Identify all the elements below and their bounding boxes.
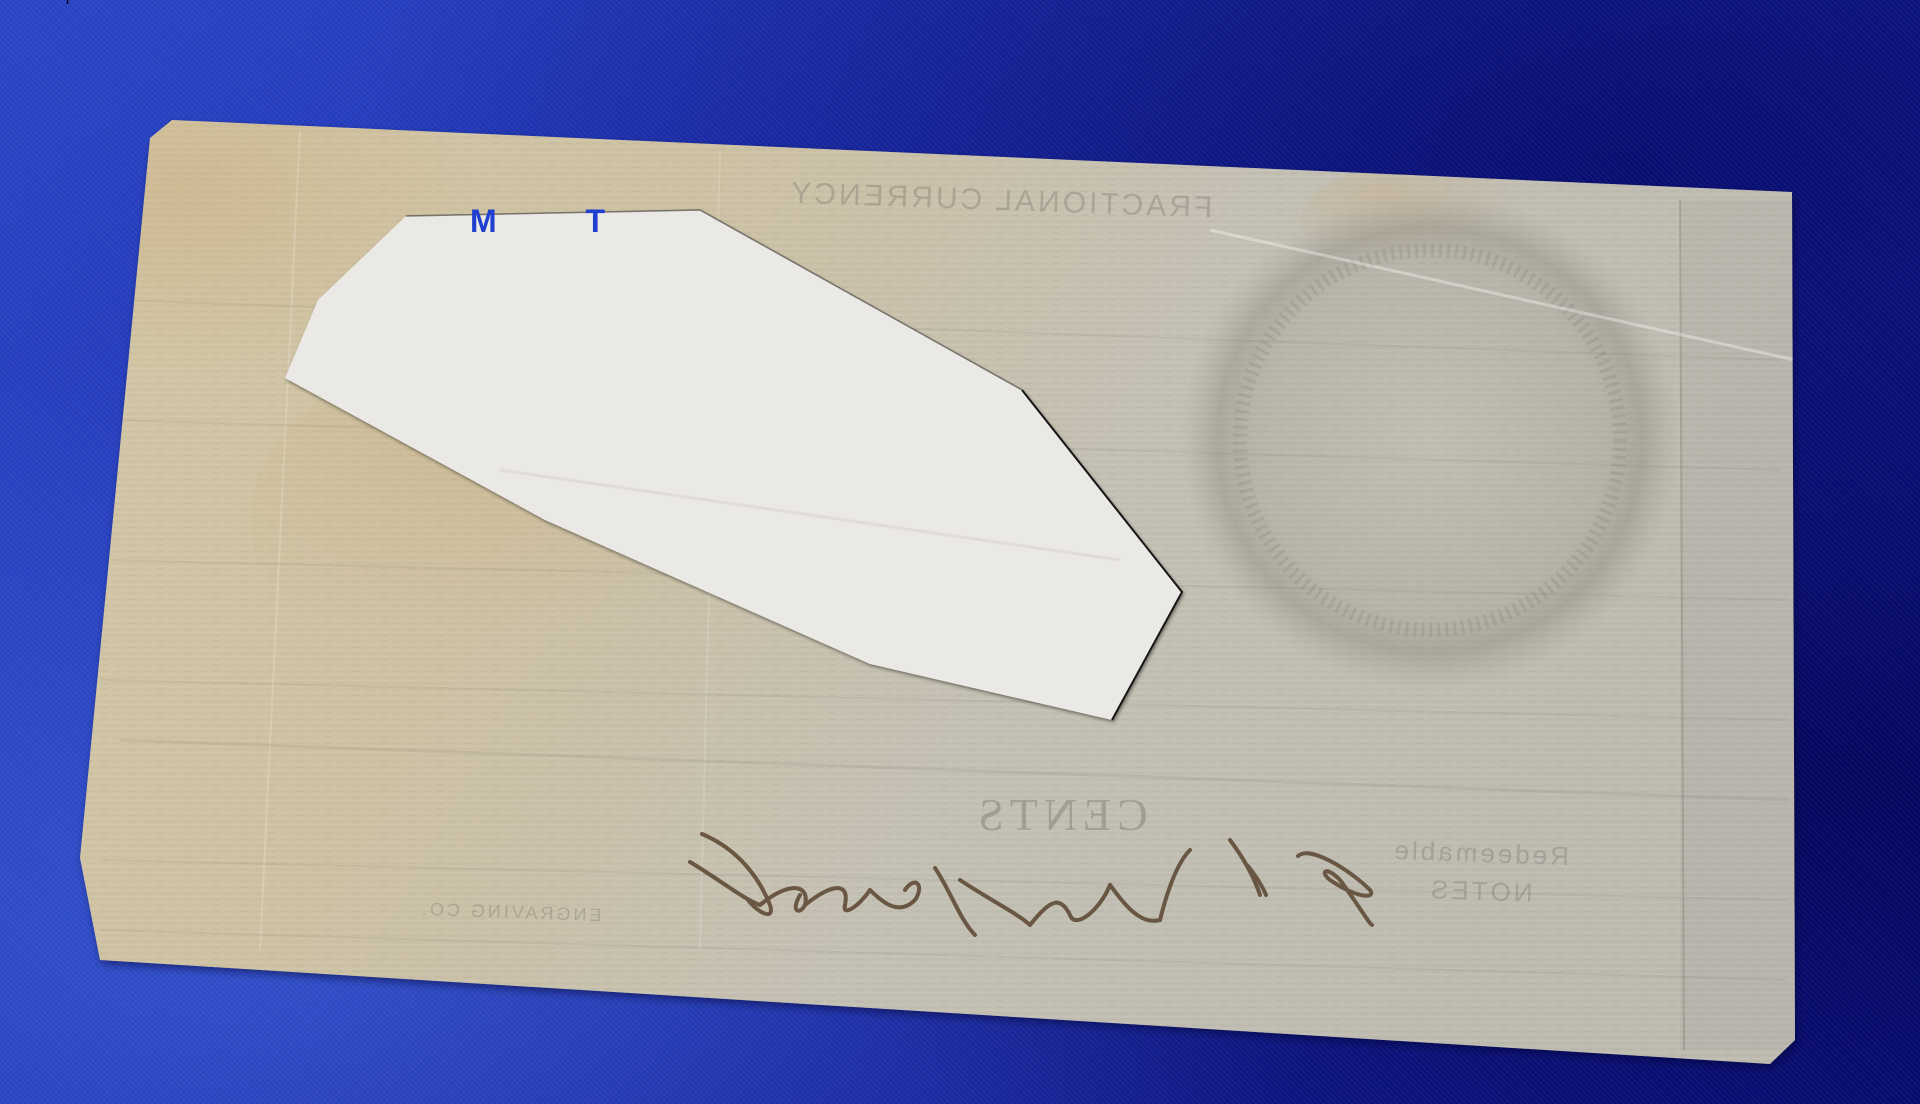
mirrored-right-line1: Redeemable bbox=[1391, 835, 1569, 871]
photo-scene: CENTS FRACTIONAL CURRENCY Redeemable NOT… bbox=[0, 0, 1920, 1104]
mirrored-right-line2: NOTES bbox=[1428, 874, 1534, 908]
cutout-print-fragment: M T bbox=[470, 203, 645, 239]
mirrored-cents-text: CENTS bbox=[972, 789, 1148, 840]
signature-text: Jno. Ad. Spinner bbox=[0, 0, 107, 4]
seal-bleed-through bbox=[1180, 190, 1680, 690]
